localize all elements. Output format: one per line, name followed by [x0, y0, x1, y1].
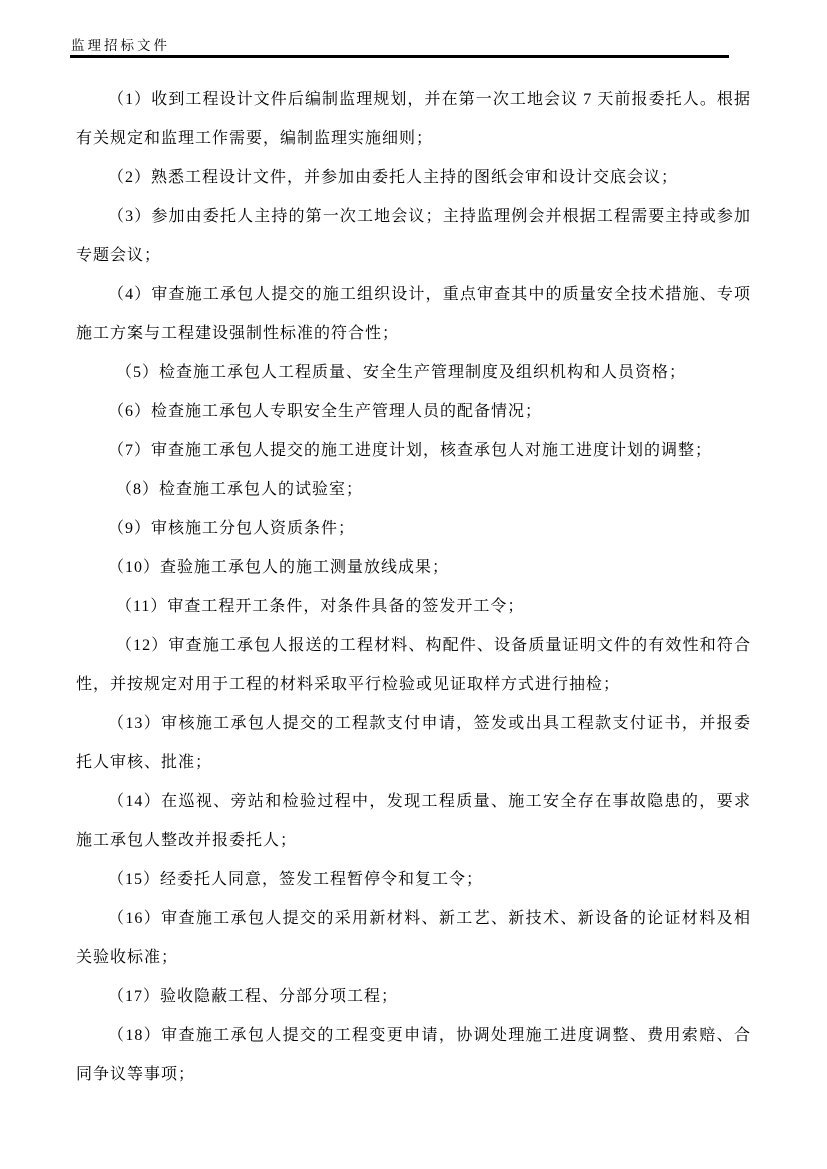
list-item-13: （13）审核施工承包人提交的工程款支付申请，签发或出具工程款支付证书，并报委托人…: [76, 704, 751, 782]
item-number: （1）: [108, 91, 151, 108]
list-item-7: （7）审查施工承包人提交的施工进度计划，核查承包人对施工进度计划的调整；: [76, 431, 751, 470]
list-item-17: （17）验收隐蔽工程、分部分项工程；: [76, 977, 751, 1016]
item-number: （8）: [116, 481, 159, 498]
list-item-11: （11）审查工程开工条件，对条件具备的签发开工令；: [76, 587, 751, 626]
item-text: 审查施工承包人提交的施工组织设计，重点审查其中的质量安全技术措施、专项施工方案与…: [76, 286, 751, 342]
item-text: 审核施工承包人提交的工程款支付申请，签发或出具工程款支付证书，并报委托人审核、批…: [76, 715, 751, 771]
item-text: 审查工程开工条件，对条件具备的签发开工令；: [167, 598, 524, 615]
item-number: （14）: [108, 793, 161, 810]
item-text: 熟悉工程设计文件，并参加由委托人主持的图纸会审和设计交底会议；: [151, 169, 678, 186]
item-text: 收到工程设计文件后编制监理规划，并在第一次工地会议 7 天前报委托人。根据有关规…: [76, 91, 751, 147]
item-number: （10）: [108, 559, 160, 576]
item-number: （11）: [116, 598, 167, 615]
item-number: （12）: [116, 637, 168, 654]
item-number: （18）: [108, 1027, 161, 1044]
list-item-8: （8）检查施工承包人的试验室；: [76, 470, 751, 509]
item-text: 参加由委托人主持的第一次工地会议；主持监理例会并根据工程需要主持或参加专题会议；: [76, 208, 751, 264]
item-number: （7）: [108, 442, 151, 459]
document-body: （1）收到工程设计文件后编制监理规划，并在第一次工地会议 7 天前报委托人。根据…: [76, 80, 751, 1094]
item-number: （17）: [108, 988, 160, 1005]
item-text: 审核施工分包人资质条件；: [151, 520, 355, 537]
document-page: 监理招标文件 （1）收到工程设计文件后编制监理规划，并在第一次工地会议 7 天前…: [0, 0, 827, 1169]
item-text: 经委托人同意，签发工程暂停令和复工令；: [160, 871, 483, 888]
item-text: 检查施工承包人专职安全生产管理人员的配备情况；: [151, 403, 542, 420]
item-text: 在巡视、旁站和检验过程中，发现工程质量、施工安全存在事故隐患的，要求施工承包人整…: [76, 793, 751, 849]
list-item-6: （6）检查施工承包人专职安全生产管理人员的配备情况；: [76, 392, 751, 431]
list-item-1: （1）收到工程设计文件后编制监理规划，并在第一次工地会议 7 天前报委托人。根据…: [76, 80, 751, 158]
item-text: 审查施工承包人提交的采用新材料、新工艺、新技术、新设备的论证材料及相关验收标准；: [76, 910, 751, 966]
list-item-12: （12）审查施工承包人报送的工程材料、构配件、设备质量证明文件的有效性和符合性，…: [76, 626, 751, 704]
page-header-title: 监理招标文件: [71, 34, 170, 54]
list-item-3: （3）参加由委托人主持的第一次工地会议；主持监理例会并根据工程需要主持或参加专题…: [76, 197, 751, 275]
list-item-5: （5）检查施工承包人工程质量、安全生产管理制度及组织机构和人员资格；: [76, 353, 751, 392]
item-text: 检查施工承包人工程质量、安全生产管理制度及组织机构和人员资格；: [159, 364, 686, 381]
list-item-10: （10）查验施工承包人的施工测量放线成果；: [76, 548, 751, 587]
list-item-4: （4）审查施工承包人提交的施工组织设计，重点审查其中的质量安全技术措施、专项施工…: [76, 275, 751, 353]
list-item-9: （9）审核施工分包人资质条件；: [76, 509, 751, 548]
item-number: （5）: [116, 364, 159, 381]
item-text: 审查施工承包人提交的工程变更申请，协调处理施工进度调整、费用索赔、合同争议等事项…: [76, 1027, 751, 1083]
list-item-2: （2）熟悉工程设计文件，并参加由委托人主持的图纸会审和设计交底会议；: [76, 158, 751, 197]
item-number: （4）: [108, 286, 151, 303]
item-number: （16）: [108, 910, 161, 927]
list-item-14: （14）在巡视、旁站和检验过程中，发现工程质量、施工安全存在事故隐患的，要求施工…: [76, 782, 751, 860]
item-text: 检查施工承包人的试验室；: [159, 481, 363, 498]
item-text: 验收隐蔽工程、分部分项工程；: [160, 988, 398, 1005]
item-number: （9）: [108, 520, 151, 537]
item-number: （15）: [108, 871, 160, 888]
item-number: （2）: [108, 169, 151, 186]
list-item-16: （16）审查施工承包人提交的采用新材料、新工艺、新技术、新设备的论证材料及相关验…: [76, 899, 751, 977]
item-number: （13）: [108, 715, 161, 732]
list-item-15: （15）经委托人同意，签发工程暂停令和复工令；: [76, 860, 751, 899]
list-item-18: （18）审查施工承包人提交的工程变更申请，协调处理施工进度调整、费用索赔、合同争…: [76, 1016, 751, 1094]
item-text: 审查施工承包人提交的施工进度计划，核查承包人对施工进度计划的调整；: [151, 442, 712, 459]
item-number: （3）: [108, 208, 151, 225]
item-text: 审查施工承包人报送的工程材料、构配件、设备质量证明文件的有效性和符合性，并按规定…: [76, 637, 751, 693]
item-number: （6）: [108, 403, 151, 420]
header-rule: [70, 55, 729, 58]
item-text: 查验施工承包人的施工测量放线成果；: [160, 559, 449, 576]
